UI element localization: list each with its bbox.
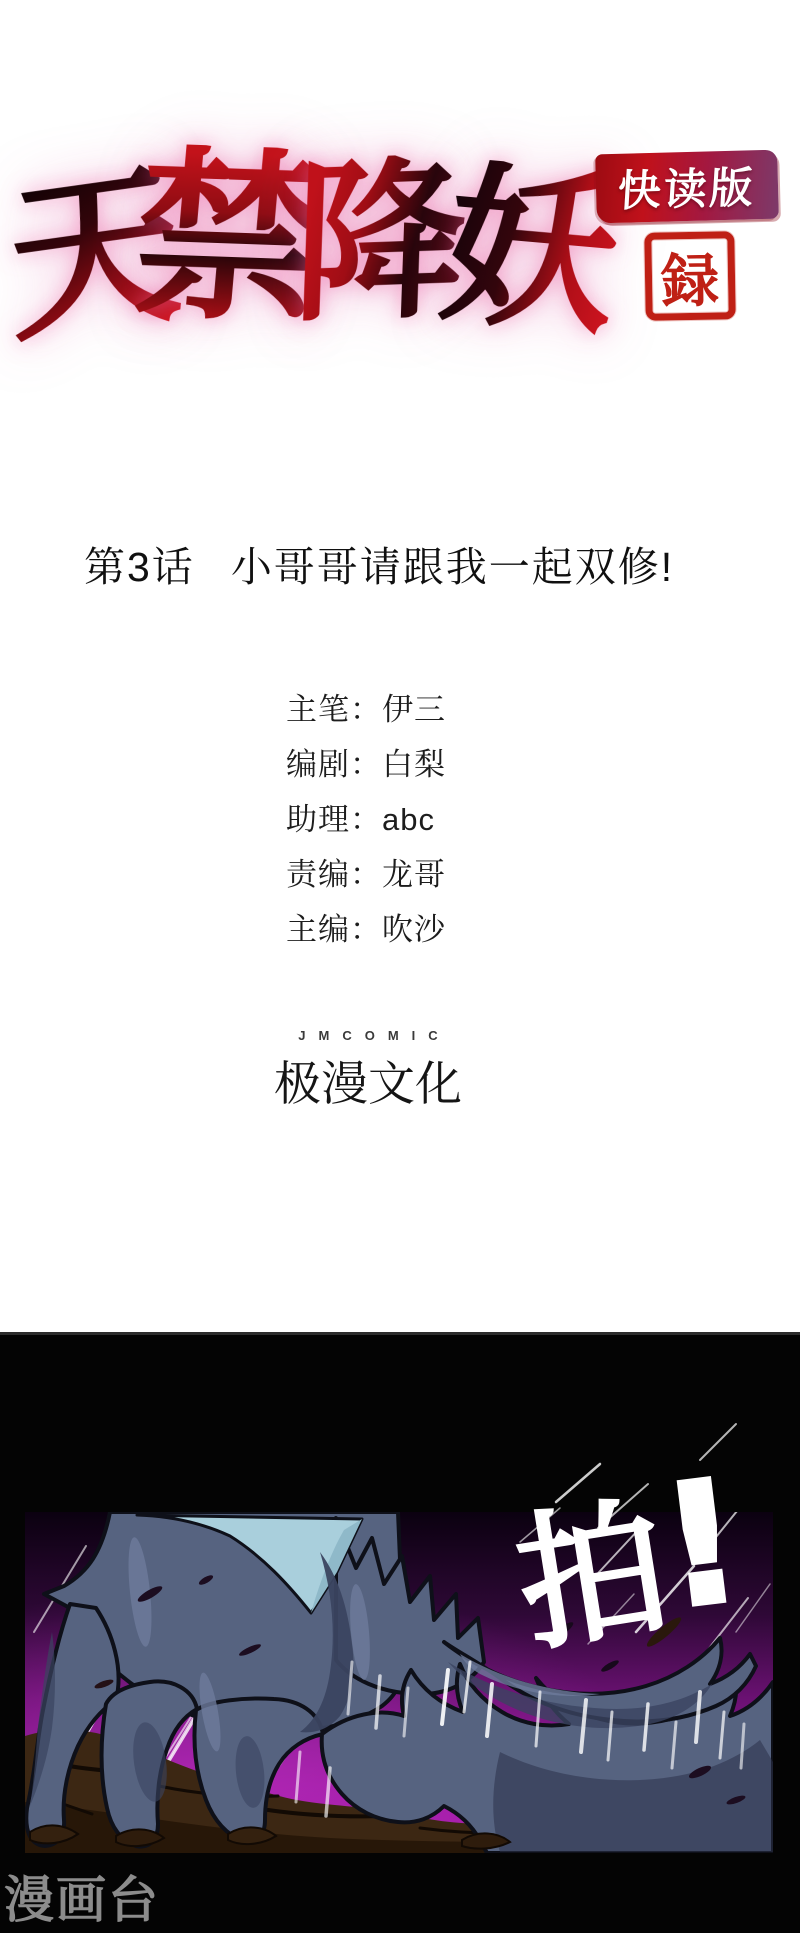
credit-row: 责编：龙哥 — [286, 847, 446, 902]
platform-watermark: 漫画台 — [4, 1872, 160, 1928]
comic-title-page: 天 禁 降 妖 快读版 録 第3话小哥哥请跟我一起双修! 主笔：伊三 编剧：白梨… — [0, 0, 800, 1933]
credit-row: 助理：abc — [286, 792, 446, 847]
chapter-name: 小哥哥请跟我一起双修! — [231, 544, 674, 590]
credit-role: 编剧： — [286, 747, 382, 782]
credit-name: 龙哥 — [382, 857, 446, 892]
studio-latin-name: JMCOMIC — [243, 1028, 493, 1043]
credit-row: 主编：吹沙 — [286, 902, 446, 957]
sfx-text: 拍 — [506, 1480, 679, 1673]
section-divider-line — [0, 1332, 800, 1335]
chapter-title: 第3话小哥哥请跟我一起双修! — [84, 534, 674, 593]
seal-character: 録 — [660, 234, 719, 319]
edition-badge: 快读版 — [595, 150, 779, 224]
credit-name: 伊三 — [382, 692, 446, 727]
credit-name: 白梨 — [382, 747, 446, 782]
credit-row: 主笔：伊三 — [286, 682, 446, 737]
logo-seal-stamp: 録 — [644, 231, 736, 321]
credit-role: 助理： — [286, 802, 382, 837]
chapter-number: 第3话 — [84, 544, 195, 590]
credit-role: 主笔： — [286, 692, 382, 727]
studio-logo: JMCOMIC 极漫文化 — [243, 1028, 493, 1114]
credit-role: 主编： — [286, 912, 382, 947]
comic-panel: 拍 ! 漫画台 — [0, 1332, 800, 1933]
studio-cjk-name: 极漫文化 — [243, 1047, 493, 1114]
edition-badge-label: 快读版 — [616, 154, 758, 219]
credit-name: 吹沙 — [382, 912, 446, 947]
credit-name: abc — [382, 802, 435, 837]
credit-role: 责编： — [286, 857, 382, 892]
credits-list: 主笔：伊三 编剧：白梨 助理：abc 责编：龙哥 主编：吹沙 — [286, 682, 446, 957]
credit-row: 编剧：白梨 — [286, 737, 446, 792]
